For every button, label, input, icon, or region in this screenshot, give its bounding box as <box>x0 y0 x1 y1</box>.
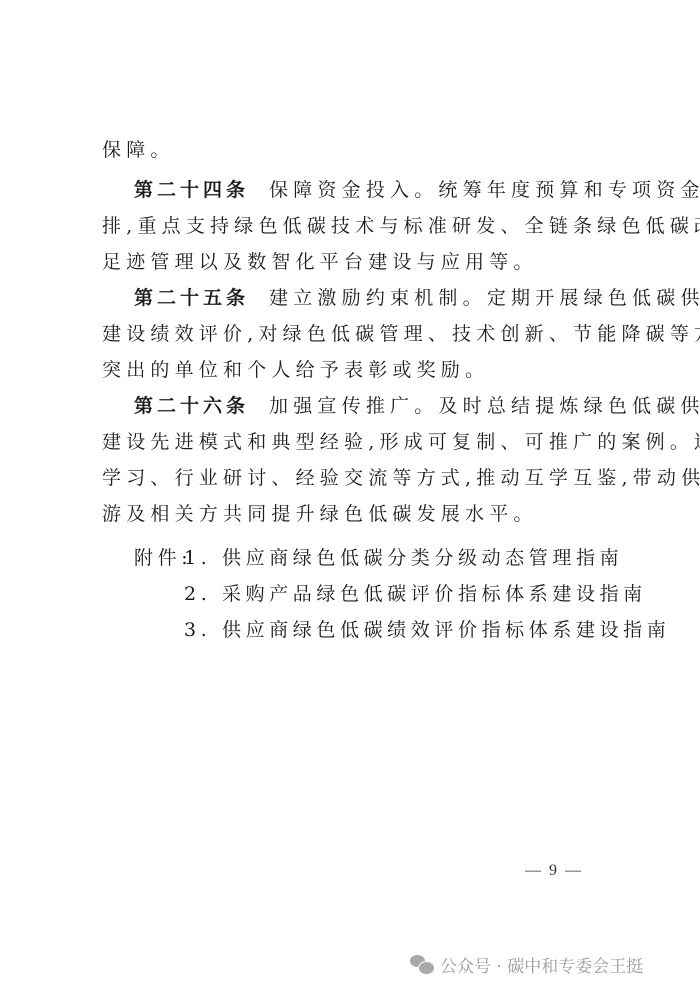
attachment-item-3: 3. 供应商绿色低碳绩效评价指标体系建设指南 <box>184 618 670 642</box>
text-line: 游及相关方共同提升绿色低碳发展水平。 <box>102 502 538 526</box>
article-24-line-1: 第二十四条保障资金投入。统筹年度预算和专项资金安 <box>134 178 700 202</box>
watermark: 公众号 · 碳中和专委会王挺 <box>410 952 643 977</box>
article-26-line-1: 第二十六条加强宣传推广。及时总结提炼绿色低碳供应链 <box>134 394 700 418</box>
article-25-text: 建立激励约束机制。定期开展绿色低碳供应链 <box>269 287 700 309</box>
document-page: 保障。 第二十四条保障资金投入。统筹年度预算和专项资金安 排,重点支持绿色低碳技… <box>0 0 700 990</box>
watermark-text: 公众号 · 碳中和专委会王挺 <box>440 952 643 977</box>
text-line: 保障。 <box>102 138 175 162</box>
attachment-item-1: 1. 供应商绿色低碳分类分级动态管理指南 <box>184 546 623 570</box>
page-number: — 9 — <box>525 862 583 880</box>
text-line: 建设先进模式和典型经验,形成可复制、可推广的案例。通过对标 <box>102 430 700 454</box>
text-line: 排,重点支持绿色低碳技术与标准研发、全链条绿色低碳改造、碳 <box>102 214 700 238</box>
text-line: 学习、行业研讨、经验交流等方式,推动互学互鉴,带动供应链上下 <box>102 466 700 490</box>
article-26-text: 加强宣传推广。及时总结提炼绿色低碳供应链 <box>269 395 700 417</box>
article-25-heading: 第二十五条 <box>134 287 249 309</box>
text-line: 建设绩效评价,对绿色低碳管理、技术创新、节能降碳等方面成效 <box>102 322 700 346</box>
attachment-item-2: 2. 采购产品绿色低碳评价指标体系建设指南 <box>184 582 647 606</box>
article-25-line-1: 第二十五条建立激励约束机制。定期开展绿色低碳供应链 <box>134 286 700 310</box>
text-line: 突出的单位和个人给予表彰或奖励。 <box>102 358 489 382</box>
wechat-icon <box>410 955 434 975</box>
article-24-text: 保障资金投入。统筹年度预算和专项资金安 <box>269 179 700 201</box>
article-24-heading: 第二十四条 <box>134 179 249 201</box>
article-26-heading: 第二十六条 <box>134 395 249 417</box>
text-line: 足迹管理以及数智化平台建设与应用等。 <box>102 250 538 274</box>
